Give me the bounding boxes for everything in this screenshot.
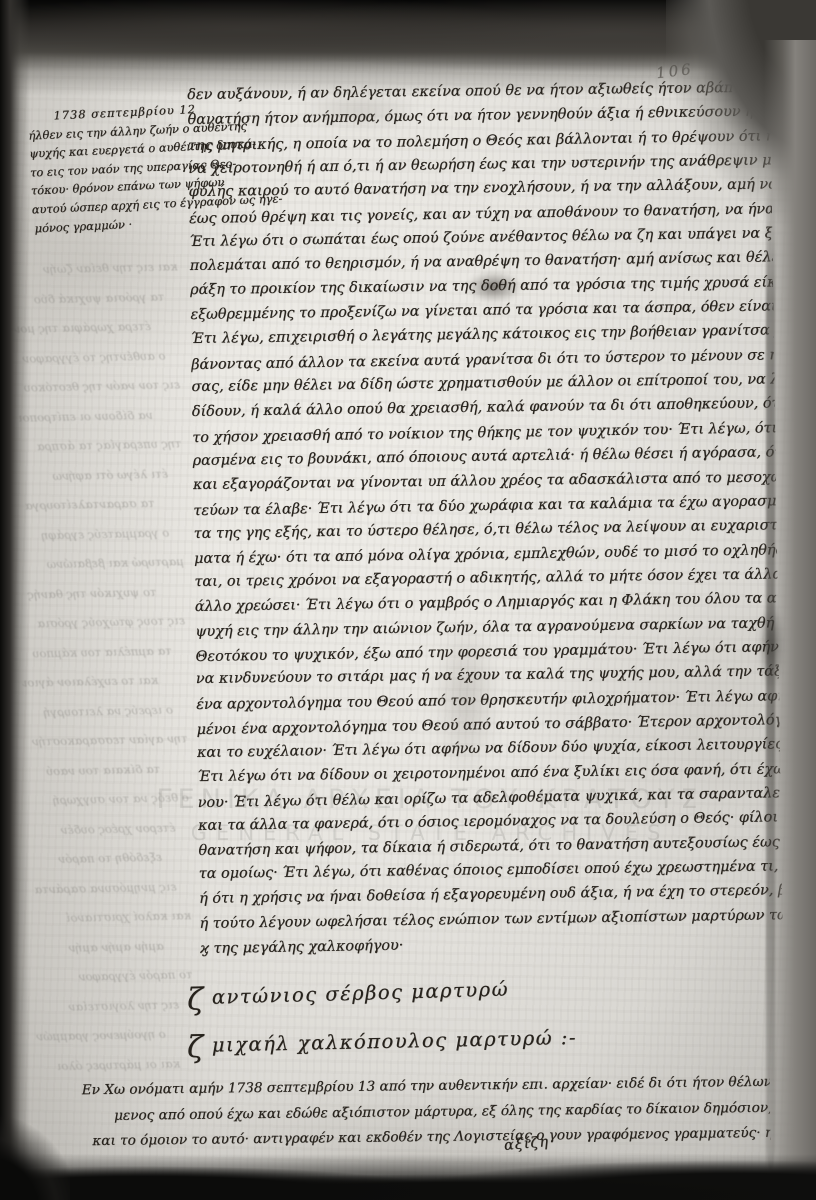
- bleedthrough-line: το παρόν έγγραφον: [28, 960, 193, 993]
- bleedthrough-line: και καλοί χριστιανοί: [27, 901, 192, 934]
- bleedthrough-line: τα δίκαια του ναού: [24, 754, 189, 787]
- bleedthrough-line: και εις την θείαν ζωήν: [13, 252, 178, 285]
- bleedthrough-line: έτερα χωράφια της μονής: [15, 311, 180, 344]
- bleedthrough-line: εις τον ναόν της θεοτόκου: [16, 370, 181, 403]
- closing-statement: Εν Χω ονόματι αμήν 1738 σεπτεμβρίου 13 α…: [82, 1070, 771, 1155]
- bleedthrough-line: τα γρόσια ψυχικά δύο: [14, 282, 179, 315]
- bleedthrough-line: και το ευχέλαιον άγιον: [22, 665, 187, 698]
- bleedthrough-line: ο θεός να τον συγχωρή: [24, 783, 189, 816]
- bleedthrough-line: αμήν αμήν αμήν: [28, 931, 193, 964]
- bleedthrough-text: και εις την θείαν ζωήντα γρόσια ψυχικά δ…: [13, 252, 194, 1081]
- bleedthrough-line: ο γραμματεύς εγράφη: [19, 518, 184, 551]
- bleedthrough-line: μαρτυρώ και βεβαιώνω: [20, 547, 185, 580]
- margin-note: 1738 σεπτεμβρίου 12ήλθεν εις την άλλην ζ…: [27, 100, 191, 237]
- smudge: [434, 618, 498, 778]
- bleedthrough-line: να δίδουν οι επίτροποι: [16, 400, 181, 433]
- signature-text: αντώνιος σέρβος μαρτυρώ: [211, 978, 509, 1009]
- bleedthrough-line: εις την λογιστείαν: [29, 990, 194, 1023]
- bleedthrough-line: το ψυχικόν της θανής: [20, 577, 185, 610]
- bleedthrough-line: της υπεραγίας τα άσπρα: [17, 429, 182, 462]
- bleedthrough-line: τα αμπέλια του κάμπου: [21, 636, 186, 669]
- signature-text: μιχαήλ χαλκόπουλος μαρτυρώ :-: [212, 1026, 578, 1057]
- bleedthrough-line: εξεδόθη το παρόν: [26, 842, 191, 875]
- smudge: [300, 90, 420, 130]
- ink-blot: [466, 271, 522, 303]
- manuscript-scan: και εις την θείαν ζωήντα γρόσια ψυχικά δ…: [0, 0, 816, 1200]
- bleedthrough-line: ο αυθέντης το έγγραφον: [15, 341, 180, 374]
- bleedthrough-line: τα σαρανταλείτουργα: [18, 488, 183, 521]
- body-text-block: δεν αυξάνουν, ή αν δηλέγεται εκείνα οπού…: [187, 75, 783, 960]
- bleedthrough-line: ο ιερεύς να λειτουργή: [23, 695, 188, 728]
- bleedthrough-line: την αγίαν τεσσαρακοστήν: [23, 724, 188, 757]
- signature-flourish: ζ: [187, 982, 206, 1017]
- bleedthrough-line: έτι λέγω ότι αφήνω: [18, 459, 183, 492]
- bleedthrough-line: εις μνημόσυνα σαράντα: [26, 872, 191, 905]
- signature-flourish: ζ: [187, 1030, 205, 1065]
- bleedthrough-line: εις τους φτωχούς γρόσια: [21, 606, 186, 639]
- bleedthrough-line: έτερον χρέος ουδέν: [25, 813, 190, 846]
- bleedthrough-line: ο ηγούμενος γραμμών: [29, 1019, 194, 1052]
